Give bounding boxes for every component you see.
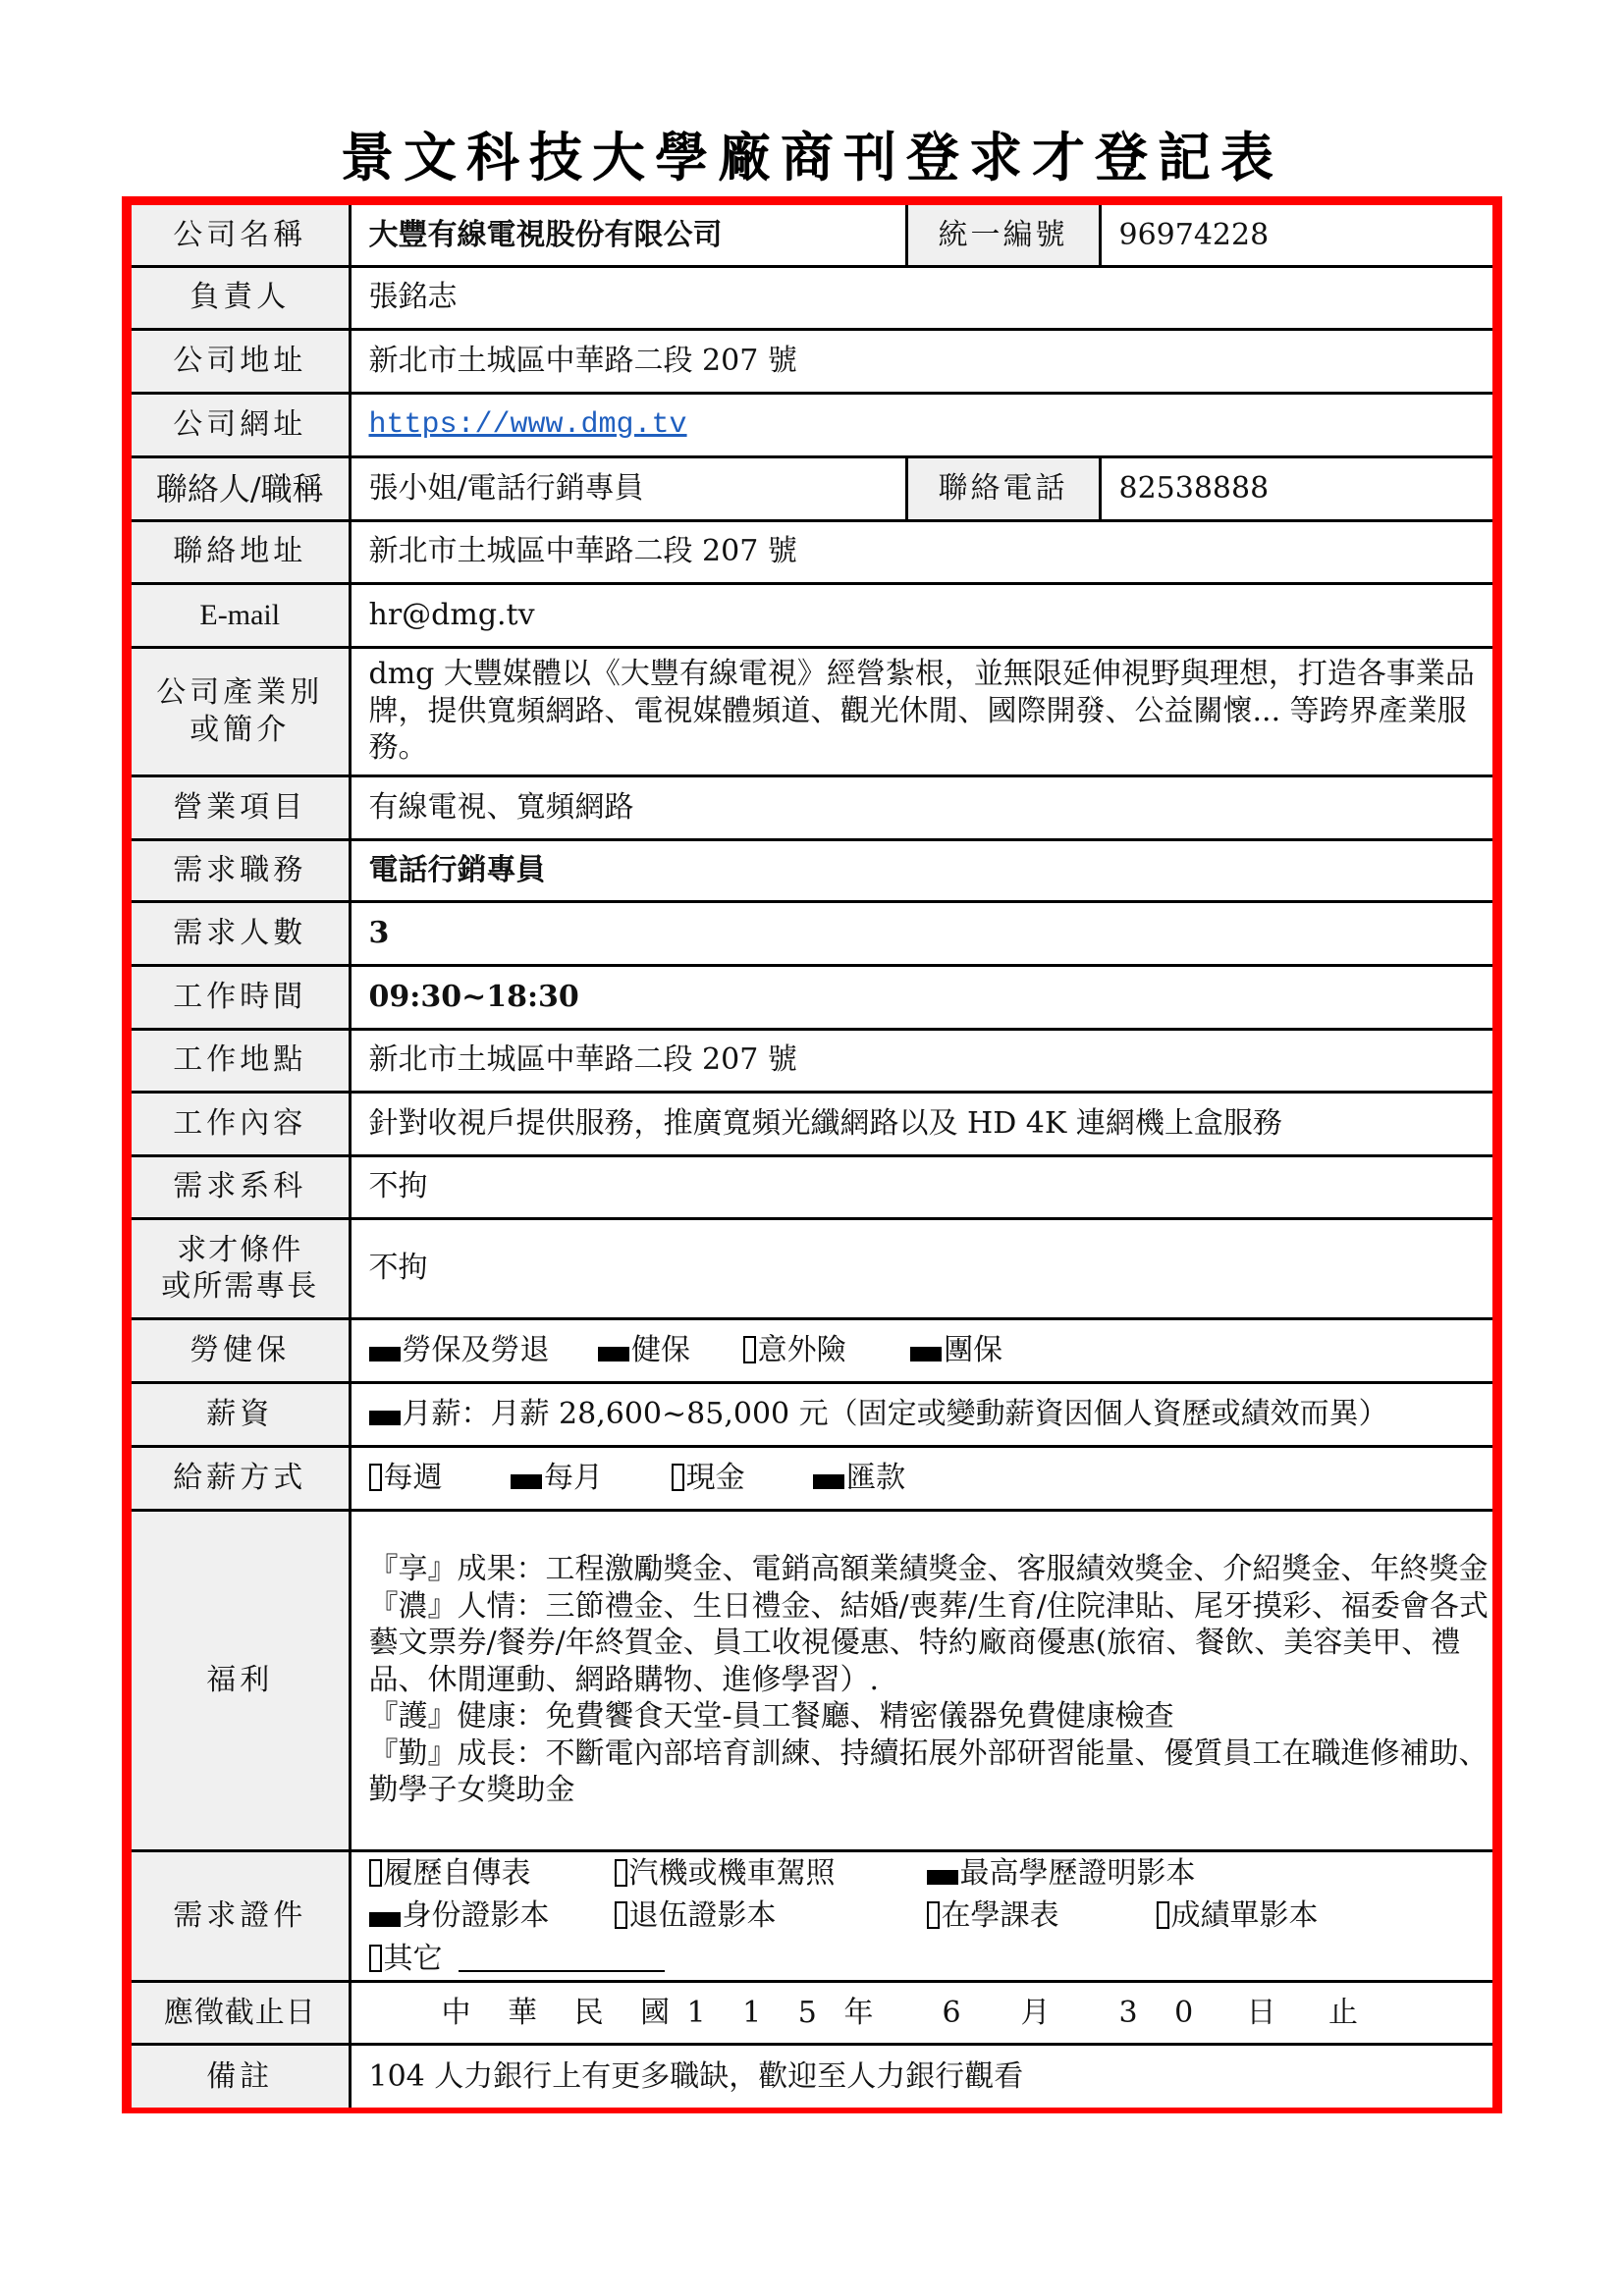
checkbox-unchecked-icon[interactable] — [927, 1901, 940, 1929]
insurance-options: 勞保及勞退 健保 意外險 團保 — [350, 1318, 1492, 1382]
label-benefits: 福利 — [132, 1510, 350, 1850]
registration-table: 公司名稱 大豐有線電視股份有限公司 統一編號 96974228 負責人 張銘志 … — [132, 205, 1492, 2108]
documents-line-3: 其它 — [369, 1938, 1493, 1981]
pay-method-options: 每週 每月 現金 匯款 — [350, 1446, 1492, 1510]
insurance-option-accident[interactable]: 意外險 — [743, 1332, 846, 1369]
label-department: 需求系科 — [132, 1155, 350, 1218]
benefit-item: 『護』健康：免費饗食天堂-員工餐廳、精密儀器免費健康檢查 — [369, 1698, 1493, 1735]
option-label: 汽機或機車駕照 — [629, 1856, 836, 1891]
doc-option-transcript[interactable]: 成績單影本 — [1157, 1895, 1319, 1938]
doc-option-other[interactable]: 其它 — [369, 1938, 443, 1981]
checkbox-unchecked-icon[interactable] — [672, 1464, 684, 1491]
checkbox-checked-icon[interactable] — [598, 1347, 629, 1362]
option-label: 團保 — [944, 1333, 1002, 1367]
pay-option-cash[interactable]: 現金 — [672, 1460, 745, 1497]
label-headcount: 需求人數 — [132, 901, 350, 965]
deadline-year: 1 1 5 — [687, 1995, 844, 2032]
checkbox-unchecked-icon[interactable] — [1157, 1901, 1169, 1929]
row-pay-method: 給薪方式 每週 每月 現金 匯款 — [132, 1446, 1492, 1510]
pay-option-monthly[interactable]: 每月 — [511, 1460, 603, 1497]
value-department: 不拘 — [350, 1155, 1492, 1218]
label-industry: 公司產業別 或簡介 — [132, 647, 350, 775]
deadline-year-unit: 年 — [844, 1995, 943, 2032]
label-insurance: 勞健保 — [132, 1318, 350, 1382]
option-label: 其它 — [384, 1942, 443, 1976]
label-industry-line1: 公司產業別 — [132, 674, 349, 712]
label-position: 需求職務 — [132, 839, 350, 901]
label-contact: 聯絡人/職稱 — [132, 456, 350, 520]
deadline-value: 中 華 民 國1 1 5年6月3 0日 止 — [350, 1982, 1492, 2045]
option-label: 最高學歷證明影本 — [960, 1856, 1196, 1891]
checkbox-unchecked-icon[interactable] — [743, 1336, 756, 1363]
row-benefits: 福利 『享』成果：工程激勵獎金、電銷高額業績獎金、客服績效獎金、介紹獎金、年終獎… — [132, 1510, 1492, 1850]
value-notes: 104 人力銀行上有更多職缺，歡迎至人力銀行觀看 — [350, 2045, 1492, 2108]
label-requirements: 求才條件 或所需專長 — [132, 1218, 350, 1318]
row-contact: 聯絡人/職稱 張小姐/電話行銷專員 聯絡電話 82538888 — [132, 456, 1492, 520]
label-pay-method: 給薪方式 — [132, 1446, 350, 1510]
checkbox-unchecked-icon[interactable] — [369, 1859, 382, 1887]
deadline-month-unit: 月 — [1021, 1995, 1119, 2032]
documents-options: 履歷自傳表汽機或機車駕照最高學歷證明影本 身份證影本退伍證影本在學課表成績單影本… — [350, 1850, 1492, 1982]
insurance-option-health[interactable]: 健保 — [598, 1332, 690, 1369]
row-website: 公司網址 https://www.dmg.tv — [132, 393, 1492, 456]
label-requirements-line1: 求才條件 — [132, 1232, 349, 1269]
value-location: 新北市土城區中華路二段 207 號 — [350, 1029, 1492, 1092]
label-notes: 備註 — [132, 2045, 350, 2108]
insurance-option-group[interactable]: 團保 — [910, 1332, 1002, 1369]
checkbox-checked-icon[interactable] — [511, 1474, 542, 1489]
option-label: 健保 — [631, 1333, 690, 1367]
option-label: 在學課表 — [942, 1898, 1059, 1933]
label-company-address: 公司地址 — [132, 329, 350, 393]
deadline-day-unit: 日 止 — [1247, 1995, 1380, 2032]
row-hours: 工作時間 09:30~18:30 — [132, 965, 1492, 1029]
form-frame: 公司名稱 大豐有線電視股份有限公司 統一編號 96974228 負責人 張銘志 … — [122, 196, 1502, 2113]
value-phone: 82538888 — [1100, 456, 1492, 520]
option-label: 每月 — [544, 1461, 603, 1495]
value-tax-id: 96974228 — [1100, 205, 1492, 266]
label-owner: 負責人 — [132, 266, 350, 329]
doc-option-id[interactable]: 身份證影本 — [369, 1895, 615, 1938]
label-documents: 需求證件 — [132, 1850, 350, 1982]
label-website: 公司網址 — [132, 393, 350, 456]
row-contact-address: 聯絡地址 新北市土城區中華路二段 207 號 — [132, 520, 1492, 583]
label-location: 工作地點 — [132, 1029, 350, 1092]
value-website-cell: https://www.dmg.tv — [350, 393, 1492, 456]
checkbox-checked-icon[interactable] — [927, 1870, 958, 1885]
documents-line-2: 身份證影本退伍證影本在學課表成績單影本 — [369, 1895, 1493, 1938]
label-requirements-line2: 或所需專長 — [132, 1268, 349, 1306]
label-hours: 工作時間 — [132, 965, 350, 1029]
deadline-month: 6 — [943, 1995, 1021, 2032]
label-industry-line2: 或簡介 — [132, 712, 349, 749]
label-deadline: 應徵截止日 — [132, 1982, 350, 2045]
insurance-option-labor[interactable]: 勞保及勞退 — [369, 1332, 550, 1369]
value-owner: 張銘志 — [350, 266, 1492, 329]
checkbox-checked-icon[interactable] — [369, 1411, 401, 1425]
pay-option-transfer[interactable]: 匯款 — [813, 1460, 905, 1497]
label-contact-address: 聯絡地址 — [132, 520, 350, 583]
row-department: 需求系科 不拘 — [132, 1155, 1492, 1218]
doc-option-license[interactable]: 汽機或機車駕照 — [615, 1852, 927, 1896]
row-duties: 工作內容 針對收視戶提供服務，推廣寬頻光纖網路以及 HD 4K 連網機上盒服務 — [132, 1092, 1492, 1155]
label-company-name: 公司名稱 — [132, 205, 350, 266]
row-insurance: 勞健保 勞保及勞退 健保 意外險 團保 — [132, 1318, 1492, 1382]
row-company-address: 公司地址 新北市土城區中華路二段 207 號 — [132, 329, 1492, 393]
value-company-name: 大豐有線電視股份有限公司 — [350, 205, 906, 266]
website-link[interactable]: https://www.dmg.tv — [369, 408, 687, 442]
checkbox-checked-icon[interactable] — [369, 1347, 401, 1362]
row-location: 工作地點 新北市土城區中華路二段 207 號 — [132, 1029, 1492, 1092]
row-position: 需求職務 電話行銷專員 — [132, 839, 1492, 901]
label-tax-id: 統一編號 — [906, 205, 1100, 266]
value-business: 有線電視、寬頻網路 — [350, 775, 1492, 839]
row-notes: 備註 104 人力銀行上有更多職缺，歡迎至人力銀行觀看 — [132, 2045, 1492, 2108]
option-label: 意外險 — [758, 1333, 846, 1367]
value-salary: 月薪：月薪 28,600~85,000 元（固定或變動薪資因個人資歷或績效而異） — [403, 1397, 1388, 1431]
value-hours: 09:30~18:30 — [350, 965, 1492, 1029]
value-position: 電話行銷專員 — [350, 839, 1492, 901]
option-label: 現金 — [686, 1461, 745, 1495]
row-owner: 負責人 張銘志 — [132, 266, 1492, 329]
option-label: 退伍證影本 — [629, 1898, 777, 1933]
checkbox-unchecked-icon[interactable] — [369, 1464, 382, 1491]
benefit-item: 『濃』人情：三節禮金、生日禮金、結婚/喪葬/生育/住院津貼、尾牙摸彩、福委會各式… — [369, 1588, 1493, 1699]
row-headcount: 需求人數 3 — [132, 901, 1492, 965]
value-contact: 張小姐/電話行銷專員 — [350, 456, 906, 520]
checkbox-unchecked-icon[interactable] — [615, 1901, 627, 1929]
label-salary: 薪資 — [132, 1382, 350, 1446]
row-documents: 需求證件 履歷自傳表汽機或機車駕照最高學歷證明影本 身份證影本退伍證影本在學課表… — [132, 1850, 1492, 1982]
benefits-list: 『享』成果：工程激勵獎金、電銷高額業績獎金、客服績效獎金、介紹獎金、年終獎金 『… — [350, 1510, 1492, 1850]
benefit-item: 『勤』成長：不斷電內部培育訓練、持續拓展外部研習能量、優質員工在職進修補助、勤學… — [369, 1735, 1493, 1809]
option-label: 匯款 — [846, 1461, 905, 1495]
doc-option-discharge[interactable]: 退伍證影本 — [615, 1895, 927, 1938]
value-company-address: 新北市土城區中華路二段 207 號 — [350, 329, 1492, 393]
row-requirements: 求才條件 或所需專長 不拘 — [132, 1218, 1492, 1318]
value-requirements: 不拘 — [350, 1218, 1492, 1318]
row-business: 營業項目 有線電視、寬頻網路 — [132, 775, 1492, 839]
benefit-item: 『享』成果：工程激勵獎金、電銷高額業績獎金、客服績效獎金、介紹獎金、年終獎金 — [369, 1551, 1493, 1588]
doc-option-resume[interactable]: 履歷自傳表 — [369, 1852, 615, 1896]
value-contact-address: 新北市土城區中華路二段 207 號 — [350, 520, 1492, 583]
option-label: 身份證影本 — [403, 1898, 550, 1933]
documents-line-1: 履歷自傳表汽機或機車駕照最高學歷證明影本 — [369, 1852, 1493, 1896]
label-duties: 工作內容 — [132, 1092, 350, 1155]
deadline-day: 3 0 — [1119, 1995, 1247, 2032]
label-business: 營業項目 — [132, 775, 350, 839]
pay-option-weekly[interactable]: 每週 — [369, 1460, 443, 1497]
value-headcount: 3 — [350, 901, 1492, 965]
row-industry: 公司產業別 或簡介 dmg 大豐媒體以《大豐有線電視》經營紮根，並無限延伸視野與… — [132, 647, 1492, 775]
option-label: 每週 — [384, 1461, 443, 1495]
doc-option-schedule[interactable]: 在學課表 — [927, 1895, 1157, 1938]
row-email: E-mail hr@dmg.tv — [132, 583, 1492, 647]
option-label: 履歷自傳表 — [384, 1856, 531, 1891]
checkbox-checked-icon[interactable] — [910, 1347, 942, 1362]
value-industry: dmg 大豐媒體以《大豐有線電視》經營紮根，並無限延伸視野與理想，打造各事業品牌… — [350, 647, 1492, 775]
row-company-name: 公司名稱 大豐有線電視股份有限公司 統一編號 96974228 — [132, 205, 1492, 266]
checkbox-checked-icon[interactable] — [813, 1474, 844, 1489]
other-input-blank[interactable] — [459, 1945, 665, 1972]
option-label: 成績單影本 — [1171, 1898, 1319, 1933]
row-deadline: 應徵截止日 中 華 民 國1 1 5年6月3 0日 止 — [132, 1982, 1492, 2045]
checkbox-unchecked-icon[interactable] — [615, 1859, 627, 1887]
salary-cell: 月薪：月薪 28,600~85,000 元（固定或變動薪資因個人資歷或績效而異） — [350, 1382, 1492, 1446]
value-email: hr@dmg.tv — [350, 583, 1492, 647]
form-title: 景文科技大學廠商刊登求才登記表 — [0, 116, 1624, 191]
checkbox-unchecked-icon[interactable] — [369, 1945, 382, 1972]
doc-option-diploma[interactable]: 最高學歷證明影本 — [927, 1852, 1196, 1896]
deadline-era: 中 華 民 國 — [442, 1995, 687, 2032]
checkbox-checked-icon[interactable] — [369, 1912, 401, 1927]
label-phone: 聯絡電話 — [906, 456, 1100, 520]
label-email: E-mail — [132, 583, 350, 647]
value-duties: 針對收視戶提供服務，推廣寬頻光纖網路以及 HD 4K 連網機上盒服務 — [350, 1092, 1492, 1155]
row-salary: 薪資 月薪：月薪 28,600~85,000 元（固定或變動薪資因個人資歷或績效… — [132, 1382, 1492, 1446]
option-label: 勞保及勞退 — [403, 1333, 550, 1367]
